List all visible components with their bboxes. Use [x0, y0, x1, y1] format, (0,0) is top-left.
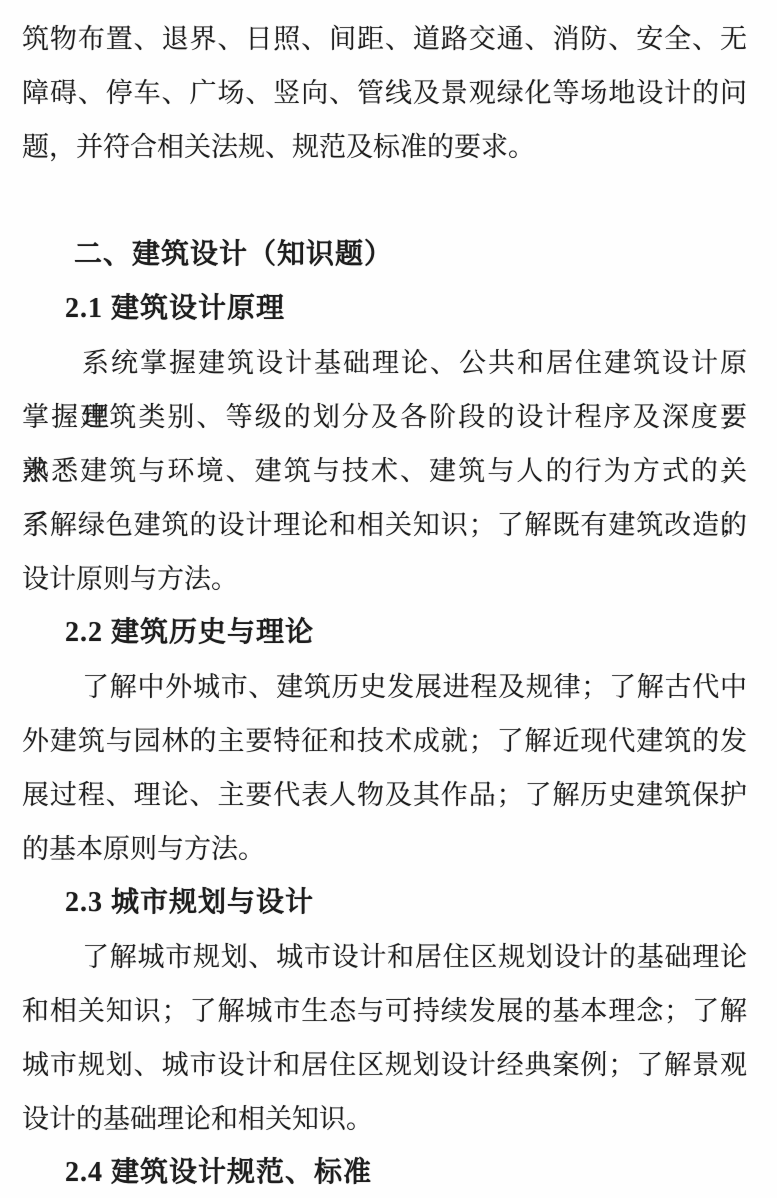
- para-line: 了解城市规划、城市设计和居住区规划设计的基础理论: [22, 930, 747, 984]
- para-line: 外建筑与园林的主要特征和技术成就；了解近现代建筑的发: [22, 714, 747, 768]
- para-line: 了解绿色建筑的设计理论和相关知识；了解既有建筑改造的: [22, 498, 747, 552]
- para-line: 和相关知识；了解城市生态与可持续发展的基本理念；了解: [22, 984, 747, 1038]
- section-heading: 二、建筑设计（知识题）: [22, 228, 747, 282]
- para-line: 掌握建筑类别、等级的划分及各阶段的设计程序及深度要求；: [22, 390, 747, 444]
- para-line: 筑物布置、退界、日照、间距、道路交通、消防、安全、无: [22, 12, 747, 66]
- para-line: 展过程、理论、主要代表人物及其作品；了解历史建筑保护: [22, 768, 747, 822]
- para-line: 题，并符合相关法规、规范及标准的要求。: [22, 120, 747, 174]
- subsection-heading: 2.4 建筑设计规范、标准: [22, 1146, 747, 1198]
- para-line: 城市规划、城市设计和居住区规划设计经典案例；了解景观: [22, 1038, 747, 1092]
- document-page: 筑物布置、退界、日照、间距、道路交通、消防、安全、无 障碍、停车、广场、竖向、管…: [0, 0, 777, 1198]
- para-line: 熟悉建筑与环境、建筑与技术、建筑与人的行为方式的关系；: [22, 444, 747, 498]
- para-line: 设计原则与方法。: [22, 552, 747, 606]
- para-line: 的基本原则与方法。: [22, 822, 747, 876]
- blank-line: [22, 174, 747, 228]
- subsection-heading: 2.3 城市规划与设计: [22, 876, 747, 930]
- subsection-heading: 2.2 建筑历史与理论: [22, 606, 747, 660]
- para-line: 障碍、停车、广场、竖向、管线及景观绿化等场地设计的问: [22, 66, 747, 120]
- para-line: 系统掌握建筑设计基础理论、公共和居住建筑设计原理；: [22, 336, 747, 390]
- para-line: 了解中外城市、建筑历史发展进程及规律；了解古代中: [22, 660, 747, 714]
- para-line: 设计的基础理论和相关知识。: [22, 1092, 747, 1146]
- subsection-heading: 2.1 建筑设计原理: [22, 282, 747, 336]
